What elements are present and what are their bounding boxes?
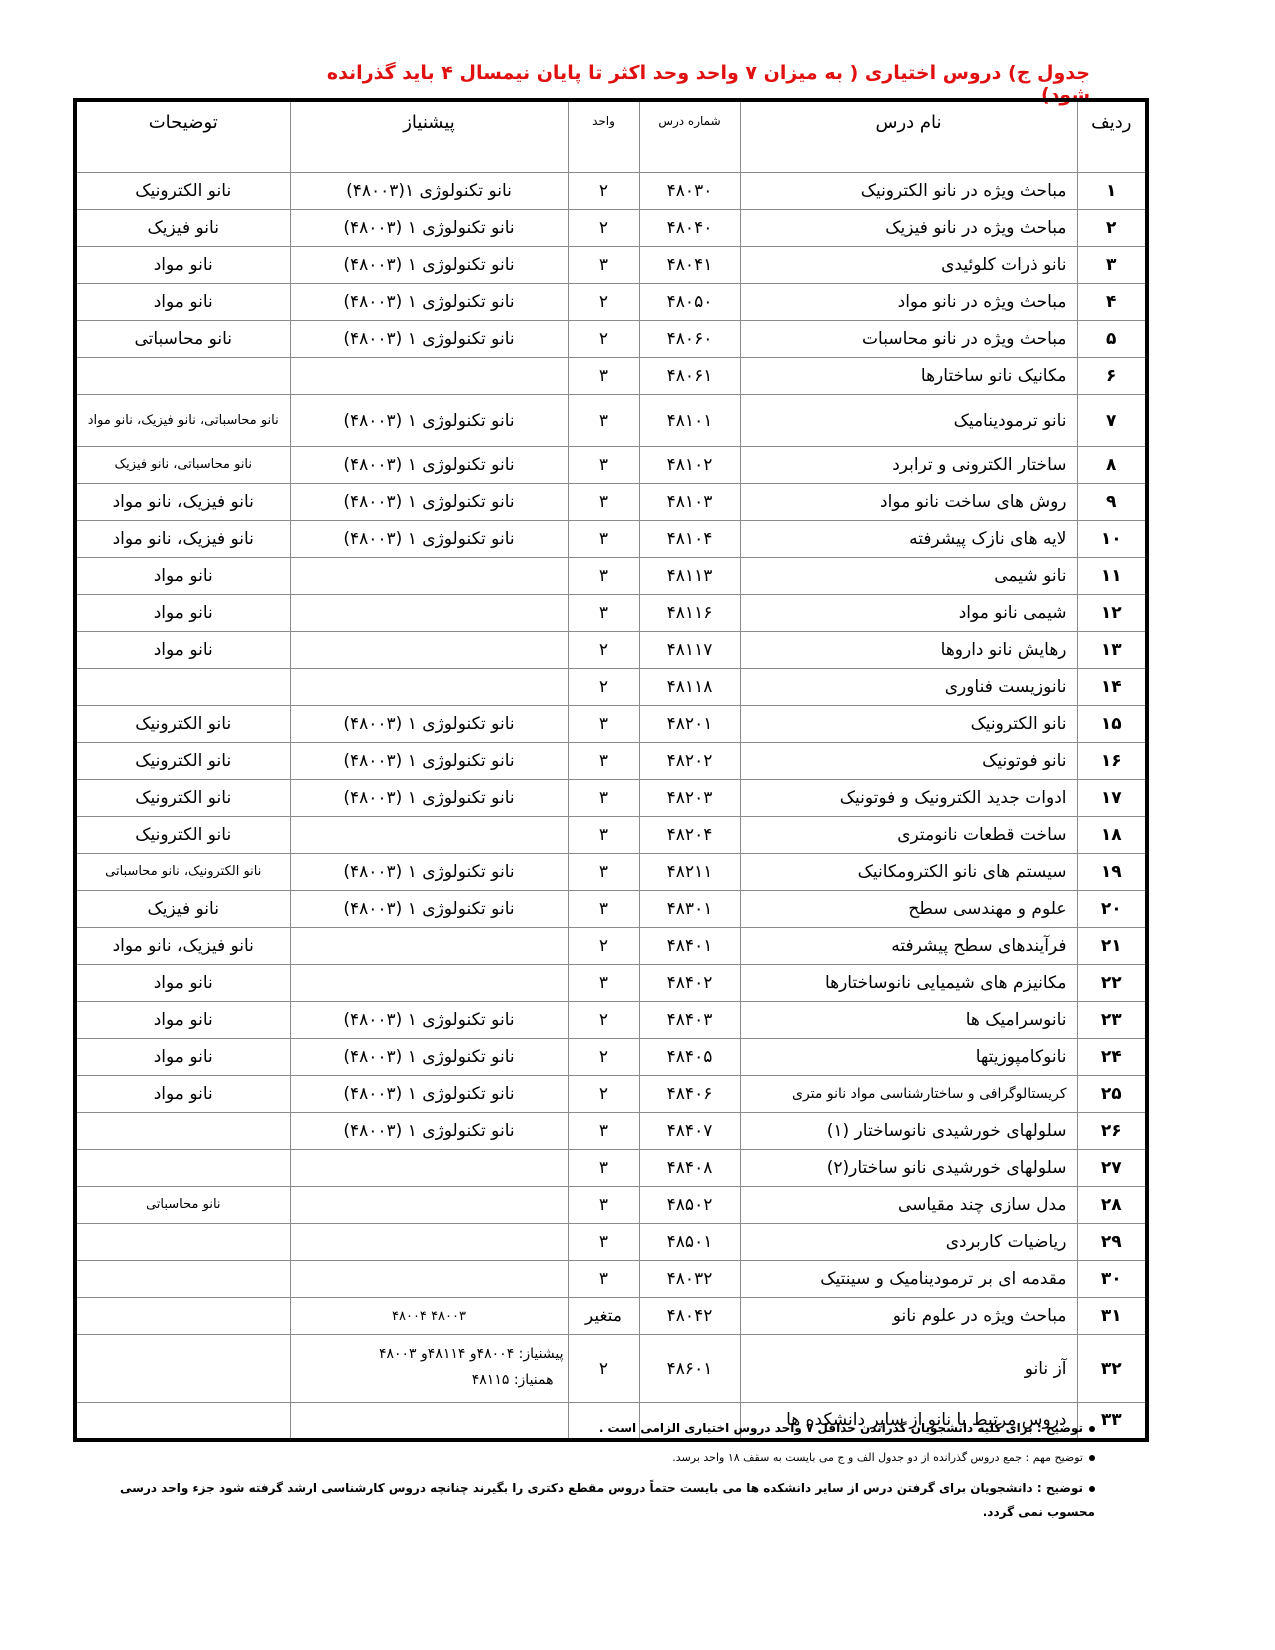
course-prerequisite: نانو تکنولوژی ۱ (۴۸۰۰۳) [290,521,568,558]
table-row: ۲۷سلولهای خورشیدی نانو ساختار(۲)۴۸۴۰۸۳ [75,1150,1147,1187]
course-description [75,358,290,395]
table-row: ۲مباحث ویژه در نانو فیزیک۴۸۰۴۰۲نانو تکنو… [75,210,1147,247]
row-number: ۱۷ [1077,780,1147,817]
course-description: نانو فیزیک، نانو مواد [75,521,290,558]
course-prerequisite: نانو تکنولوژی ۱ (۴۸۰۰۳) [290,706,568,743]
table-row: ۲۱فرآیندهای سطح پیشرفته۴۸۴۰۱۲نانو فیزیک،… [75,928,1147,965]
header-row-number: ردیف [1077,100,1147,173]
course-prerequisite: پیشنیاز: ۴۸۰۰۴و ۴۸۱۱۴و ۴۸۰۰۳همنیاز: ۴۸۱۱… [290,1335,568,1403]
table-row: ۲۳نانوسرامیک ها۴۸۴۰۳۲نانو تکنولوژی ۱ (۴۸… [75,1002,1147,1039]
row-number: ۱۵ [1077,706,1147,743]
course-units: ۳ [568,854,639,891]
corequisite-line: همنیاز: ۴۸۱۱۵ [295,1367,564,1393]
course-description [75,1150,290,1187]
row-number: ۲۰ [1077,891,1147,928]
course-code: ۴۸۱۰۳ [639,484,740,521]
course-name: مقدمه ای بر ترمودینامیک و سینتیک [740,1261,1077,1298]
course-code: ۴۸۰۵۰ [639,284,740,321]
course-code: ۴۸۶۰۱ [639,1335,740,1403]
table-row: ۱۶نانو فوتونیک۴۸۲۰۲۳نانو تکنولوژی ۱ (۴۸۰… [75,743,1147,780]
course-prerequisite: نانو تکنولوژی ۱ (۴۸۰۰۳) [290,210,568,247]
row-number: ۱۹ [1077,854,1147,891]
course-description [75,1335,290,1403]
table-row: ۱۹سیستم های نانو الکترومکانیک۴۸۲۱۱۳نانو … [75,854,1147,891]
course-description [75,669,290,706]
course-units: ۳ [568,447,639,484]
course-code: ۴۸۰۴۱ [639,247,740,284]
course-code: ۴۸۱۰۲ [639,447,740,484]
course-name: مکانیزم های شیمیایی نانوساختارها [740,965,1077,1002]
table-row: ۲۶سلولهای خورشیدی نانوساختار (۱)۴۸۴۰۷۳نا… [75,1113,1147,1150]
row-number: ۲۷ [1077,1150,1147,1187]
row-number: ۲۸ [1077,1187,1147,1224]
course-code: ۴۸۵۰۱ [639,1224,740,1261]
row-number: ۲ [1077,210,1147,247]
course-units: ۳ [568,1113,639,1150]
course-prerequisite: نانو تکنولوژی ۱ (۴۸۰۰۳) [290,1113,568,1150]
table-row: ۵مباحث ویژه در نانو محاسبات۴۸۰۶۰۲نانو تک… [75,321,1147,358]
course-code: ۴۸۴۰۱ [639,928,740,965]
course-name: نانو ذرات کلوئیدی [740,247,1077,284]
course-code: ۴۸۰۴۲ [639,1298,740,1335]
table-row: ۱مباحث ویژه در نانو الکترونیک۴۸۰۳۰۲نانو … [75,173,1147,210]
course-units: ۳ [568,817,639,854]
row-number: ۳ [1077,247,1147,284]
course-name: نانوزیست فناوری [740,669,1077,706]
row-number: ۲۲ [1077,965,1147,1002]
table-row: ۱۳رهایش نانو داروها۴۸۱۱۷۲نانو مواد [75,632,1147,669]
course-prerequisite [290,1261,568,1298]
course-description [75,1298,290,1335]
course-code: ۴۸۱۱۸ [639,669,740,706]
course-name: ساخت قطعات نانومتری [740,817,1077,854]
course-name: ادوات جدید الکترونیک و فوتونیک [740,780,1077,817]
course-name: مباحث ویژه در نانو الکترونیک [740,173,1077,210]
table-row: ۱۱نانو شیمی۴۸۱۱۳۳نانو مواد [75,558,1147,595]
table-row: ۹روش های ساخت نانو مواد۴۸۱۰۳۳نانو تکنولو… [75,484,1147,521]
course-prerequisite [290,1150,568,1187]
course-prerequisite: نانو تکنولوژی ۱ (۴۸۰۰۳) [290,247,568,284]
row-number: ۷ [1077,395,1147,447]
course-prerequisite [290,965,568,1002]
course-description: نانو محاسباتی [75,1187,290,1224]
course-units: ۳ [568,1187,639,1224]
row-number: ۲۳ [1077,1002,1147,1039]
footnote-2: توضیح مهم : جمع دروس گذرانده از دو جدول … [95,1446,1095,1470]
course-name: مباحث ویژه در نانو فیزیک [740,210,1077,247]
course-code: ۴۸۴۰۷ [639,1113,740,1150]
course-name: نانو الکترونیک [740,706,1077,743]
course-prerequisite [290,595,568,632]
course-name: آز نانو [740,1335,1077,1403]
course-units: ۳ [568,1150,639,1187]
course-units: ۲ [568,321,639,358]
row-number: ۱۴ [1077,669,1147,706]
bullet-icon [1089,1426,1095,1432]
course-description: نانو مواد [75,1076,290,1113]
table-row: ۲۲مکانیزم های شیمیایی نانوساختارها۴۸۴۰۲۳… [75,965,1147,1002]
course-name: نانو ترمودینامیک [740,395,1077,447]
course-units: ۲ [568,173,639,210]
row-number: ۲۶ [1077,1113,1147,1150]
header-units: واحد [568,100,639,173]
prerequisite-line: پیشنیاز: ۴۸۰۰۴و ۴۸۱۱۴و ۴۸۰۰۳ [295,1341,564,1367]
row-number: ۱۰ [1077,521,1147,558]
course-name: مدل سازی چند مقیاسی [740,1187,1077,1224]
course-prerequisite: نانو تکنولوژی ۱ (۴۸۰۰۳) [290,284,568,321]
course-units: ۲ [568,928,639,965]
course-code: ۴۸۴۰۸ [639,1150,740,1187]
footnotes: توضیح : برای کلیه دانشجویان گذراندن حداق… [95,1416,1095,1530]
course-prerequisite: نانو تکنولوژی ۱ (۴۸۰۰۳) [290,743,568,780]
course-prerequisite [290,558,568,595]
course-name: روش های ساخت نانو مواد [740,484,1077,521]
course-prerequisite: نانو تکنولوژی ۱ (۴۸۰۰۳) [290,321,568,358]
footnote-1: توضیح : برای کلیه دانشجویان گذراندن حداق… [95,1416,1095,1440]
course-description: نانو الکترونیک، نانو محاسباتی [75,854,290,891]
course-units: ۳ [568,706,639,743]
course-prerequisite [290,928,568,965]
row-number: ۱۲ [1077,595,1147,632]
course-code: ۴۸۳۰۱ [639,891,740,928]
row-number: ۵ [1077,321,1147,358]
course-description [75,1113,290,1150]
course-code: ۴۸۱۰۱ [639,395,740,447]
course-units: ۳ [568,521,639,558]
row-number: ۳۱ [1077,1298,1147,1335]
course-prerequisite: نانو تکنولوژی ۱(۴۸۰۰۳) [290,173,568,210]
course-units: ۳ [568,965,639,1002]
bullet-icon [1089,1486,1095,1492]
course-description: نانو فیزیک [75,891,290,928]
course-units: ۲ [568,669,639,706]
row-number: ۱۱ [1077,558,1147,595]
course-units: ۲ [568,284,639,321]
course-code: ۴۸۲۱۱ [639,854,740,891]
course-description: نانو مواد [75,632,290,669]
table-row: ۱۸ساخت قطعات نانومتری۴۸۲۰۴۳نانو الکترونی… [75,817,1147,854]
course-code: ۴۸۰۴۰ [639,210,740,247]
footnote-3: توضیح : دانشجویان برای گرفتن درس از سایر… [95,1476,1095,1524]
table-row: ۳۰مقدمه ای بر ترمودینامیک و سینتیک۴۸۰۳۲۳ [75,1261,1147,1298]
course-description: نانو الکترونیک [75,706,290,743]
course-name: سلولهای خورشیدی نانوساختار (۱) [740,1113,1077,1150]
row-number: ۸ [1077,447,1147,484]
course-description: نانو مواد [75,284,290,321]
course-code: ۴۸۰۳۲ [639,1261,740,1298]
header-course-code: شماره درس [639,100,740,173]
course-code: ۴۸۴۰۵ [639,1039,740,1076]
course-prerequisite [290,1187,568,1224]
course-name: مکانیک نانو ساختارها [740,358,1077,395]
course-units: ۳ [568,247,639,284]
row-number: ۱۸ [1077,817,1147,854]
course-description: نانو فیزیک، نانو مواد [75,928,290,965]
course-description: نانو الکترونیک [75,817,290,854]
course-prerequisite: نانو تکنولوژی ۱ (۴۸۰۰۳) [290,854,568,891]
table-row: ۲۰علوم و مهندسی سطح۴۸۳۰۱۳نانو تکنولوژی ۱… [75,891,1147,928]
course-code: ۴۸۲۰۱ [639,706,740,743]
course-code: ۴۸۴۰۲ [639,965,740,1002]
course-prerequisite [290,669,568,706]
course-prerequisite [290,358,568,395]
course-units: ۳ [568,1224,639,1261]
course-description: نانو مواد [75,247,290,284]
course-units: ۲ [568,210,639,247]
course-units: ۳ [568,395,639,447]
course-units: ۲ [568,632,639,669]
row-number: ۲۱ [1077,928,1147,965]
course-description: نانو الکترونیک [75,743,290,780]
table-row: ۲۴نانوکامپوزیتها۴۸۴۰۵۲نانو تکنولوژی ۱ (۴… [75,1039,1147,1076]
course-units: ۳ [568,891,639,928]
course-description [75,1224,290,1261]
course-prerequisite: نانو تکنولوژی ۱ (۴۸۰۰۳) [290,447,568,484]
course-name: ریاضیات کاربردی [740,1224,1077,1261]
course-name: نانوکامپوزیتها [740,1039,1077,1076]
table-row: ۸ساختار الکترونی و ترابرد۴۸۱۰۲۳نانو تکنو… [75,447,1147,484]
course-description: نانو محاسباتی، نانو فیزیک، نانو مواد [75,395,290,447]
elective-courses-table: ردیف نام درس شماره درس واحد پیشنیاز توضی… [73,98,1149,1442]
course-description: نانو مواد [75,595,290,632]
course-code: ۴۸۴۰۶ [639,1076,740,1113]
course-code: ۴۸۵۰۲ [639,1187,740,1224]
table-row: ۳۱مباحث ویژه در علوم نانو۴۸۰۴۲متغیر۴۸۰۰۳… [75,1298,1147,1335]
course-name: نانو شیمی [740,558,1077,595]
course-units: ۳ [568,743,639,780]
table-row: ۲۸مدل سازی چند مقیاسی۴۸۵۰۲۳نانو محاسباتی [75,1187,1147,1224]
course-description: نانو محاسباتی [75,321,290,358]
course-name: فرآیندهای سطح پیشرفته [740,928,1077,965]
row-number: ۳۲ [1077,1335,1147,1403]
row-number: ۲۴ [1077,1039,1147,1076]
course-units: ۲ [568,1002,639,1039]
course-name: سلولهای خورشیدی نانو ساختار(۲) [740,1150,1077,1187]
table-row: ۶مکانیک نانو ساختارها۴۸۰۶۱۳ [75,358,1147,395]
course-name: مباحث ویژه در نانو محاسبات [740,321,1077,358]
header-description: توضیحات [75,100,290,173]
course-code: ۴۸۰۶۰ [639,321,740,358]
row-number: ۹ [1077,484,1147,521]
bullet-icon [1089,1455,1095,1461]
row-number: ۶ [1077,358,1147,395]
course-prerequisite: نانو تکنولوژی ۱ (۴۸۰۰۳) [290,395,568,447]
course-prerequisite: نانو تکنولوژی ۱ (۴۸۰۰۳) [290,1039,568,1076]
course-code: ۴۸۱۱۶ [639,595,740,632]
course-units: ۳ [568,595,639,632]
course-code: ۴۸۱۱۳ [639,558,740,595]
course-units: ۲ [568,1076,639,1113]
course-units: ۳ [568,484,639,521]
course-units: ۳ [568,1261,639,1298]
row-number: ۲۹ [1077,1224,1147,1261]
course-name: ساختار الکترونی و ترابرد [740,447,1077,484]
table-row: ۳نانو ذرات کلوئیدی۴۸۰۴۱۳نانو تکنولوژی ۱ … [75,247,1147,284]
table-row: ۱۷ادوات جدید الکترونیک و فوتونیک۴۸۲۰۳۳نا… [75,780,1147,817]
row-number: ۲۵ [1077,1076,1147,1113]
course-prerequisite: نانو تکنولوژی ۱ (۴۸۰۰۳) [290,780,568,817]
course-description: نانو مواد [75,1002,290,1039]
course-prerequisite: ۴۸۰۰۳ ۴۸۰۰۴ [290,1298,568,1335]
course-description: نانو الکترونیک [75,780,290,817]
course-description [75,1261,290,1298]
course-name: رهایش نانو داروها [740,632,1077,669]
course-units: ۲ [568,1335,639,1403]
row-number: ۳۰ [1077,1261,1147,1298]
course-description: نانو فیزیک، نانو مواد [75,484,290,521]
course-name: کریستالوگرافی و ساختارشناسی مواد نانو مت… [740,1076,1077,1113]
table-row: ۱۵نانو الکترونیک۴۸۲۰۱۳نانو تکنولوژی ۱ (۴… [75,706,1147,743]
course-prerequisite: نانو تکنولوژی ۱ (۴۸۰۰۳) [290,1002,568,1039]
course-code: ۴۸۲۰۴ [639,817,740,854]
course-prerequisite: نانو تکنولوژی ۱ (۴۸۰۰۳) [290,891,568,928]
row-number: ۱ [1077,173,1147,210]
course-units: متغیر [568,1298,639,1335]
course-description: نانو فیزیک [75,210,290,247]
table-row: ۲۹ریاضیات کاربردی۴۸۵۰۱۳ [75,1224,1147,1261]
header-prerequisite: پیشنیاز [290,100,568,173]
course-name: لایه های نازک پیشرفته [740,521,1077,558]
table-row: ۲۵کریستالوگرافی و ساختارشناسی مواد نانو … [75,1076,1147,1113]
table-row: ۱۰لایه های نازک پیشرفته۴۸۱۰۴۳نانو تکنولو… [75,521,1147,558]
course-description: نانو محاسباتی، نانو فیزیک [75,447,290,484]
course-prerequisite: نانو تکنولوژی ۱ (۴۸۰۰۳) [290,484,568,521]
table-row: ۱۴نانوزیست فناوری۴۸۱۱۸۲ [75,669,1147,706]
table-row: ۳۲آز نانو۴۸۶۰۱۲پیشنیاز: ۴۸۰۰۴و ۴۸۱۱۴و ۴۸… [75,1335,1147,1403]
course-code: ۴۸۲۰۳ [639,780,740,817]
course-prerequisite [290,1224,568,1261]
course-units: ۳ [568,780,639,817]
course-name: شیمی نانو مواد [740,595,1077,632]
course-code: ۴۸۰۶۱ [639,358,740,395]
course-description: نانو مواد [75,558,290,595]
course-code: ۴۸۱۰۴ [639,521,740,558]
course-name: نانوسرامیک ها [740,1002,1077,1039]
course-description: نانو الکترونیک [75,173,290,210]
course-name: نانو فوتونیک [740,743,1077,780]
course-code: ۴۸۴۰۳ [639,1002,740,1039]
table-row: ۴مباحث ویژه در نانو مواد۴۸۰۵۰۲نانو تکنول… [75,284,1147,321]
header-course-name: نام درس [740,100,1077,173]
course-description: نانو مواد [75,965,290,1002]
course-code: ۴۸۱۱۷ [639,632,740,669]
course-name: سیستم های نانو الکترومکانیک [740,854,1077,891]
course-prerequisite: نانو تکنولوژی ۱ (۴۸۰۰۳) [290,1076,568,1113]
row-number: ۱۳ [1077,632,1147,669]
course-prerequisite [290,632,568,669]
table-header-row: ردیف نام درس شماره درس واحد پیشنیاز توضی… [75,100,1147,173]
course-code: ۴۸۰۳۰ [639,173,740,210]
course-units: ۳ [568,558,639,595]
course-description: نانو مواد [75,1039,290,1076]
course-prerequisite [290,817,568,854]
course-name: مباحث ویژه در نانو مواد [740,284,1077,321]
course-name: مباحث ویژه در علوم نانو [740,1298,1077,1335]
course-code: ۴۸۲۰۲ [639,743,740,780]
row-number: ۴ [1077,284,1147,321]
course-name: علوم و مهندسی سطح [740,891,1077,928]
row-number: ۱۶ [1077,743,1147,780]
course-units: ۲ [568,1039,639,1076]
course-units: ۳ [568,358,639,395]
table-row: ۷نانو ترمودینامیک۴۸۱۰۱۳نانو تکنولوژی ۱ (… [75,395,1147,447]
table-row: ۱۲شیمی نانو مواد۴۸۱۱۶۳نانو مواد [75,595,1147,632]
